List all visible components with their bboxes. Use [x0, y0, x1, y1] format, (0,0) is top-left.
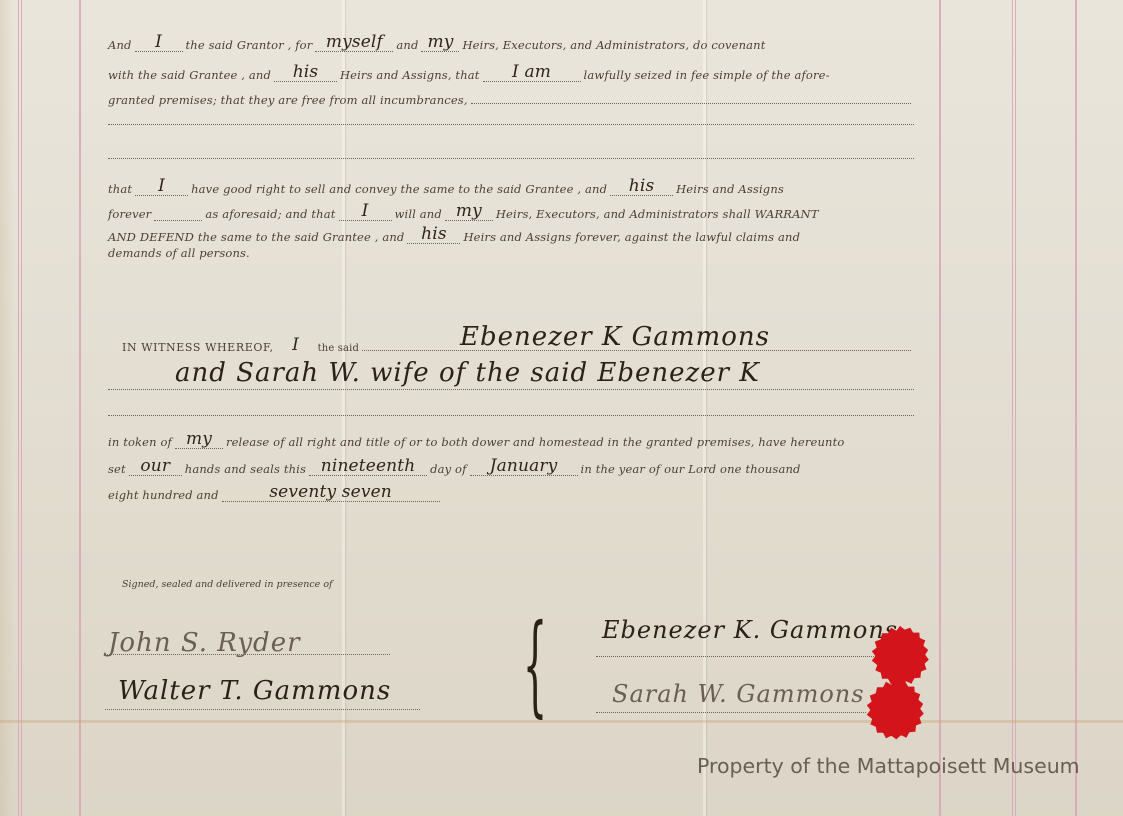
print-text: Heirs and Assigns, that: [340, 68, 480, 82]
print-text: as aforesaid; and that: [205, 207, 335, 221]
print-text: hands and seals this: [185, 462, 306, 476]
print-text: And: [108, 38, 132, 52]
fold-line: [0, 720, 1123, 723]
signature-line: [105, 709, 420, 710]
handwritten-fill: my: [175, 430, 223, 449]
print-text: in token of: [108, 435, 172, 449]
handwritten-grantor-name: Ebenezer K Gammons: [460, 322, 770, 352]
print-text: the said: [318, 343, 359, 354]
dotted-line: [108, 389, 914, 390]
handwritten-fill: I: [135, 177, 188, 196]
print-text: that: [108, 182, 132, 196]
witness-label: IN WITNESS WHEREOF,: [122, 341, 274, 354]
signature-line: [596, 656, 876, 657]
print-text: with the said Grantee , and: [108, 68, 271, 82]
print-text: will and: [395, 207, 442, 221]
handwritten-fill: my: [421, 33, 459, 52]
print-text: Heirs, Executors, and Administrators sha…: [496, 207, 819, 221]
spouse-signature: Sarah W. Gammons: [612, 680, 865, 708]
release-line-2: set our hands and seals this nineteenth …: [108, 452, 914, 476]
presence-label: Signed, sealed and delivered in presence…: [122, 579, 333, 590]
print-text: in the year of our Lord one thousand: [581, 462, 801, 476]
handwritten-fill: I am: [483, 63, 581, 82]
deed-page: And I the said Grantor , for myself and …: [0, 0, 1123, 816]
margin-rule-far-right: [1075, 0, 1077, 816]
print-text: demands of all persons.: [108, 246, 250, 260]
print-text: lawfully seized in fee simple of the afo…: [584, 68, 830, 82]
handwritten-fill: his: [274, 63, 337, 82]
blank-dotted-line: [108, 415, 914, 416]
handwritten-grantor-spouse: and Sarah W. wife of the said Ebenezer K: [175, 358, 760, 388]
grantor-signature: Ebenezer K. Gammons: [602, 616, 898, 644]
release-line-1: in token of my release of all right and …: [108, 425, 914, 449]
print-text: have good right to sell and convey the s…: [191, 182, 607, 196]
handwritten-fill: his: [610, 177, 673, 196]
margin-rule-left-double: [18, 0, 22, 816]
warrant-line-4: demands of all persons.: [108, 236, 914, 260]
handwritten-date-month: January: [470, 457, 578, 476]
margin-rule-right-double: [1012, 0, 1016, 816]
covenant-line-2: with the said Grantee , and his Heirs an…: [108, 58, 914, 82]
witness-signature-2: Walter T. Gammons: [118, 676, 391, 706]
handwritten-fill: my: [445, 202, 493, 221]
margin-rule-left: [79, 0, 81, 816]
print-text: release of all right and title of or to …: [226, 435, 844, 449]
warrant-line-2: forever as aforesaid; and that I will an…: [108, 197, 914, 221]
print-text: granted premises; that they are free fro…: [108, 93, 468, 107]
covenant-line-3: granted premises; that they are free fro…: [108, 83, 914, 107]
print-text: and: [396, 38, 418, 52]
handwritten-date-day: nineteenth: [309, 457, 427, 476]
signature-line: [105, 654, 390, 655]
blank-dotted-line: [108, 158, 914, 159]
print-text: eight hundred and: [108, 488, 219, 502]
print-text: Heirs and Assigns: [676, 182, 784, 196]
covenant-line-1: And I the said Grantor , for myself and …: [108, 28, 914, 52]
print-text: forever: [108, 207, 151, 221]
handwritten-fill: I: [339, 202, 392, 221]
handwritten-fill: I: [277, 336, 315, 354]
print-text: day of: [430, 462, 466, 476]
print-text: Heirs, Executors, and Administrators, do…: [462, 38, 765, 52]
print-text: set: [108, 462, 126, 476]
handwritten-fill: I: [135, 33, 183, 52]
handwritten-fill: our: [129, 457, 182, 476]
release-line-3: eight hundred and seventy seven: [108, 478, 458, 502]
wax-seal-icon: [865, 680, 925, 740]
margin-rule-right: [939, 0, 941, 816]
signature-line: [596, 712, 866, 713]
handwritten-date-year: seventy seven: [222, 483, 440, 502]
blank-dotted-line: [108, 124, 914, 125]
print-text: the said Grantor , for: [186, 38, 313, 52]
warrant-line-1: that I have good right to sell and conve…: [108, 172, 914, 196]
museum-watermark: Property of the Mattapoisett Museum: [697, 754, 1080, 778]
brace-icon: {: [523, 600, 548, 728]
handwritten-fill: myself: [315, 33, 393, 52]
